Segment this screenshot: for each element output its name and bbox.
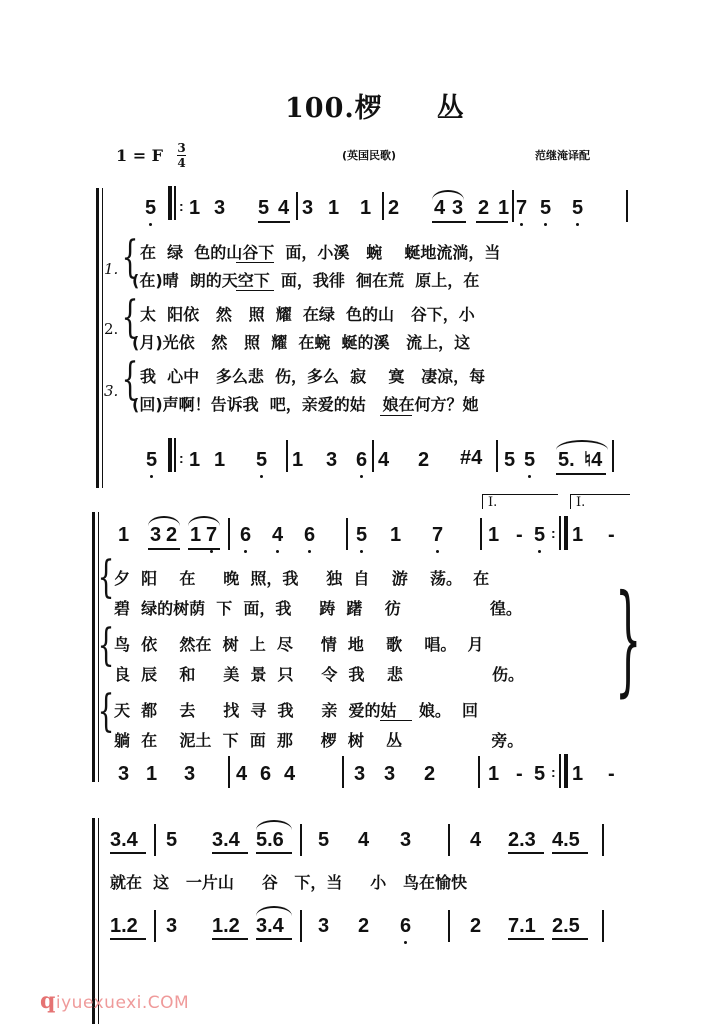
note: 5	[572, 198, 583, 218]
note: 1	[146, 764, 157, 784]
note: 7	[516, 198, 527, 218]
note: 2	[424, 764, 435, 784]
underline	[212, 852, 248, 854]
note-group: 7.1	[508, 916, 536, 936]
note: 2	[166, 525, 177, 545]
barline	[448, 824, 450, 856]
lyric-line: 在 绿 色的山谷下 面，小溪 蜿 蜒地流淌，当	[140, 240, 500, 263]
underline	[256, 852, 292, 854]
note: 6	[400, 916, 411, 936]
note: 7	[206, 525, 217, 545]
lyric-line: 天 都 去 找 寻 我 亲 爱的姑 娘。 回	[114, 698, 478, 721]
note: 1	[572, 525, 583, 545]
note: 5	[524, 450, 535, 470]
note: 5	[146, 450, 157, 470]
repeat-barline	[559, 516, 561, 550]
underline	[508, 852, 544, 854]
verse-number: 1.	[104, 260, 118, 278]
underline	[110, 938, 146, 940]
note: 5	[318, 830, 329, 850]
note: 1	[498, 198, 509, 218]
note-group: 3.4	[256, 916, 284, 936]
verse-number: 2.	[104, 320, 118, 338]
repeat-barline	[564, 516, 568, 550]
note: 4	[378, 450, 389, 470]
tie-dash: -	[608, 525, 615, 545]
song-title: 100.椤丛	[285, 86, 465, 125]
time-signature: 3 4	[177, 142, 186, 169]
volta-2: I.	[570, 494, 630, 509]
barline	[228, 756, 230, 788]
slur-underline	[236, 290, 274, 291]
key-label: 1 = F	[116, 146, 163, 165]
note: 2	[418, 450, 429, 470]
note: 1	[360, 198, 371, 218]
note: 2	[470, 916, 481, 936]
note: 6	[304, 525, 315, 545]
slur-underline	[380, 415, 412, 416]
barline	[478, 756, 480, 788]
note: 4	[272, 525, 283, 545]
watermark-text: iyuexuexi.COM	[56, 993, 189, 1013]
tie-dash: -	[516, 764, 523, 784]
song-origin: (英国民歌)	[342, 147, 396, 163]
barline	[346, 518, 348, 550]
note: 4	[278, 198, 289, 218]
repeat-dots: :	[551, 523, 556, 543]
underline	[188, 548, 220, 550]
barline	[512, 190, 514, 222]
barline	[448, 910, 450, 942]
underline	[556, 473, 606, 475]
note: 5	[504, 450, 515, 470]
note-sharp: #4	[460, 448, 482, 468]
time-sig-bottom: 4	[177, 157, 185, 169]
note: 5	[166, 830, 177, 850]
underline	[552, 852, 588, 854]
note: 3	[354, 764, 365, 784]
note: 3	[302, 198, 313, 218]
brace: {	[98, 690, 115, 734]
lyric-line: (月)光依 然 照 耀 在蜿 蜒的溪 流上，这	[132, 330, 470, 353]
underline	[432, 221, 466, 223]
barline	[372, 440, 374, 472]
note: 3	[150, 525, 161, 545]
note-group: 5.6	[256, 830, 284, 850]
barline	[602, 824, 604, 856]
note: 4	[358, 830, 369, 850]
key-signature: 1 = F 3 4	[116, 142, 186, 169]
lyric-line: 碧 绿的树荫 下 面，我 踌 躇 彷 徨。	[114, 596, 522, 619]
note: 1	[488, 764, 499, 784]
note: 7	[432, 525, 443, 545]
underline	[256, 938, 292, 940]
note-group: 2.3	[508, 830, 536, 850]
note-group: 3.4	[110, 830, 138, 850]
note: 5	[534, 525, 545, 545]
note-group: 1.2	[212, 916, 240, 936]
note: 1	[292, 450, 303, 470]
note: 1	[118, 525, 129, 545]
note: 3	[184, 764, 195, 784]
note: 3	[214, 198, 225, 218]
note: 3	[326, 450, 337, 470]
note: 2	[478, 198, 489, 218]
lyric-line: 躺 在 泥土 下 面 那 椤 树 丛 旁。	[114, 728, 523, 751]
repeat-dots: :	[179, 196, 184, 216]
note: 1	[189, 450, 200, 470]
note: 3	[166, 916, 177, 936]
song-number: 100.	[285, 93, 355, 124]
note: 1	[390, 525, 401, 545]
lyric-line: 夕 阳 在 晚 照，我 独 自 游 荡。 在	[114, 566, 489, 589]
note: 6	[240, 525, 251, 545]
note: 3	[318, 916, 329, 936]
barline	[154, 824, 156, 856]
note: 5.	[558, 450, 575, 470]
title-char: 丛	[437, 93, 465, 124]
lyric-line: (回)声啊！告诉我 吧，亲爱的姑 娘在何方？她	[132, 392, 478, 415]
barline	[286, 440, 288, 472]
time-sig-top: 3	[177, 142, 185, 154]
note: 5	[145, 198, 156, 218]
tie-dash: -	[516, 525, 523, 545]
note: 6	[356, 450, 367, 470]
repeat-barline	[174, 438, 176, 472]
system-bracket-line	[102, 188, 103, 488]
barline	[480, 518, 482, 550]
note: 3	[400, 830, 411, 850]
repeat-barline	[174, 186, 176, 220]
note: 3	[384, 764, 395, 784]
note-group: 1.2	[110, 916, 138, 936]
underline	[508, 938, 544, 940]
repeat-barline	[559, 754, 561, 788]
note: 1	[572, 764, 583, 784]
note: 4	[434, 198, 445, 218]
note: 5	[258, 198, 269, 218]
barline	[300, 910, 302, 942]
barline	[154, 910, 156, 942]
watermark-logo-letter: q	[40, 988, 56, 1014]
note: 5	[540, 198, 551, 218]
note: 5	[256, 450, 267, 470]
barline	[626, 190, 628, 222]
underline	[476, 221, 508, 223]
repeat-barline	[168, 186, 172, 220]
lyric-line: 我 心中 多么悲 伤，多么 寂 寞 凄凉，每	[140, 364, 485, 387]
note: 5	[356, 525, 367, 545]
note: 4	[236, 764, 247, 784]
barline	[300, 824, 302, 856]
note: 1	[189, 198, 200, 218]
barline	[496, 440, 498, 472]
note: 1	[214, 450, 225, 470]
note: 2	[388, 198, 399, 218]
underline	[258, 221, 290, 223]
tie-dash: -	[608, 764, 615, 784]
watermark: qiyuexuexi.COM	[40, 988, 189, 1014]
barline	[382, 192, 384, 220]
system-bracket	[92, 512, 95, 782]
volta-1: I.	[482, 494, 558, 509]
barline	[228, 518, 230, 550]
barline	[342, 756, 344, 788]
barline	[612, 440, 614, 472]
verse-number: 3.	[104, 382, 118, 400]
note: 5	[534, 764, 545, 784]
slur-underline	[380, 720, 412, 721]
repeat-barline	[168, 438, 172, 472]
repeat-dots: :	[179, 448, 184, 468]
note: 1	[328, 198, 339, 218]
note-group: 3.4	[212, 830, 240, 850]
barline	[296, 192, 298, 220]
underline	[110, 852, 146, 854]
lyric-line: 鸟 依 然在 树 上 尽 情 地 歌 唱。 月	[114, 632, 484, 655]
note: 1	[488, 525, 499, 545]
note: 4	[284, 764, 295, 784]
barline	[602, 910, 604, 942]
note-natural: ♮4	[584, 450, 602, 470]
note-group: 2.5	[552, 916, 580, 936]
system-bracket	[96, 188, 99, 488]
slur-underline	[236, 262, 274, 263]
note: 6	[260, 764, 271, 784]
note: 3	[118, 764, 129, 784]
note: 1	[190, 525, 201, 545]
note: 2	[358, 916, 369, 936]
brace: {	[98, 624, 115, 668]
right-brace: }	[615, 580, 642, 700]
lyric-line: 良 辰 和 美 景 只 令 我 悲 伤。	[114, 662, 524, 685]
underline	[148, 548, 180, 550]
note: 3	[452, 198, 463, 218]
underline	[212, 938, 248, 940]
note: 4	[470, 830, 481, 850]
repeat-dots: :	[551, 762, 556, 782]
lyric-line: 就在 这 一片山 谷 下，当 小 鸟在愉快	[110, 870, 467, 893]
lyric-line: 太 阳依 然 照 耀 在绿 色的山 谷下，小	[140, 302, 475, 325]
underline	[552, 938, 588, 940]
repeat-barline	[564, 754, 568, 788]
brace: {	[98, 556, 115, 600]
note-group: 4.5	[552, 830, 580, 850]
arranger-credit: 范继淹译配	[535, 147, 590, 163]
title-char: 椤	[355, 93, 383, 124]
lyric-line: (在)晴 朗的天空下 面，我徘 徊在荒 原上，在	[132, 268, 479, 291]
